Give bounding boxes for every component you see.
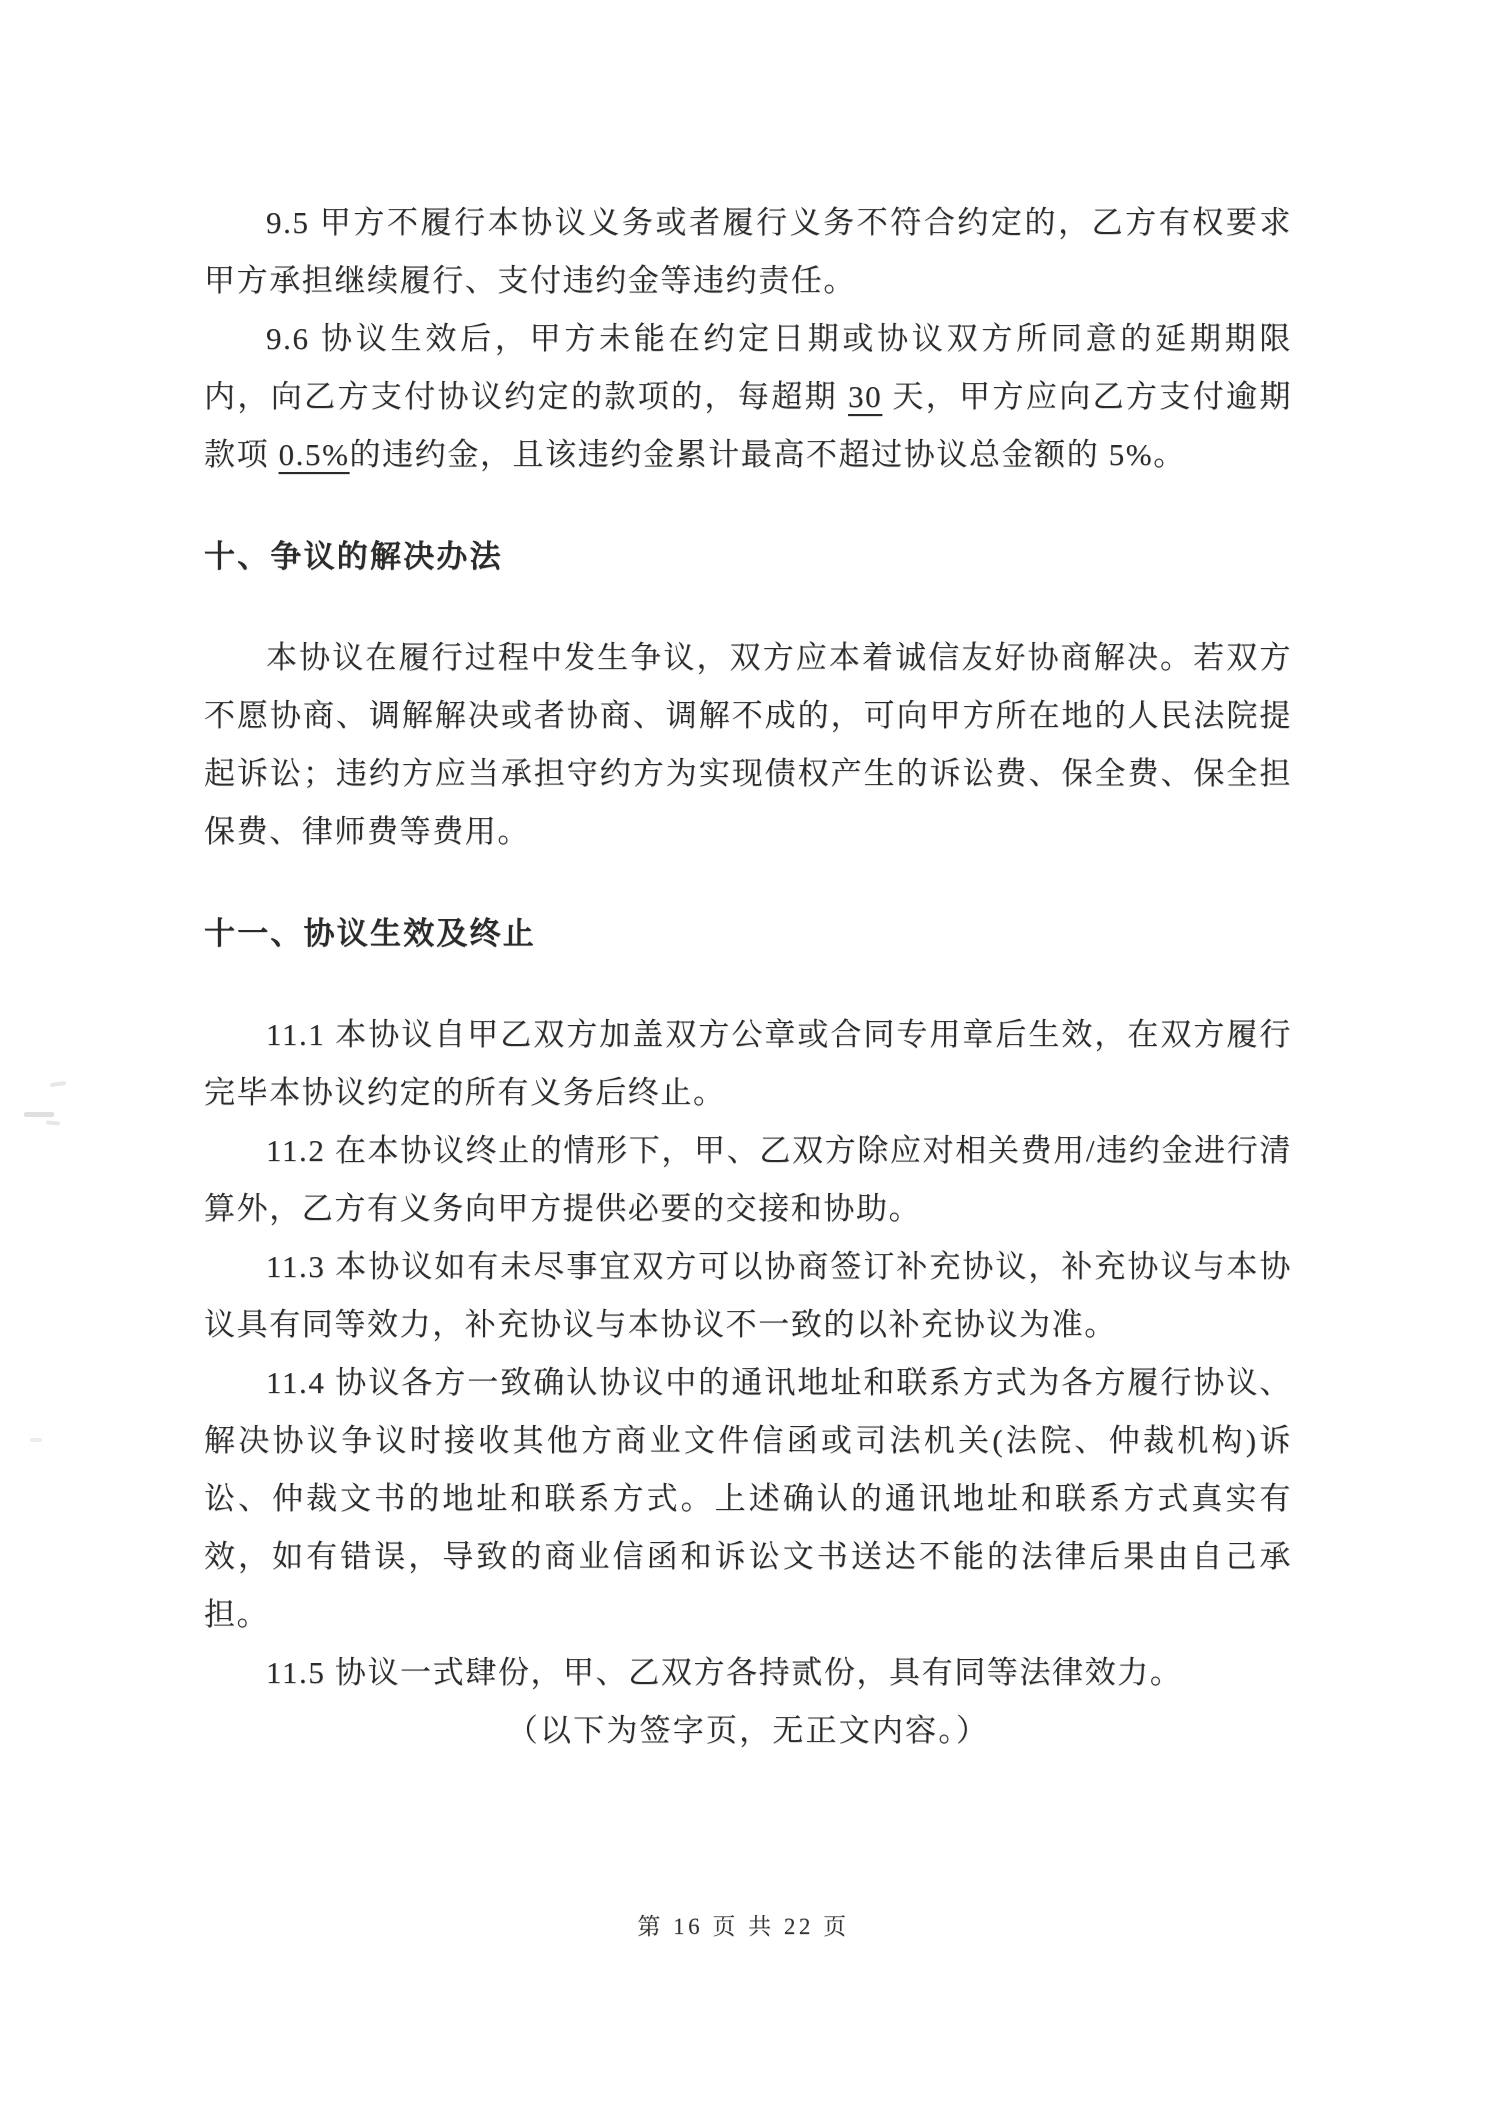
clause-11-4: 11.4 协议各方一致确认协议中的通讯地址和联系方式为各方履行协议、解决协议争议…: [204, 1354, 1292, 1644]
clause-9-6-overdue-days-value: 30: [848, 379, 882, 414]
clause-11-1: 11.1 本协议自甲乙双方加盖双方公章或合同专用章后生效，在双方履行完毕本协议约…: [204, 1006, 1292, 1122]
clause-9-6-penalty-rate-value: 0.5%: [279, 437, 350, 472]
clause-9-6: 9.6 协议生效后，甲方未能在约定日期或协议双方所同意的延期期限内，向乙方支付协…: [204, 310, 1292, 484]
clause-11-5: 11.5 协议一式肆份，甲、乙双方各持贰份，具有同等法律效力。: [204, 1644, 1292, 1702]
signature-page-note: （以下为签字页，无正文内容。）: [204, 1702, 1292, 1760]
clause-11-3: 11.3 本协议如有未尽事宜双方可以协商签订补充协议，补充协议与本协议具有同等效…: [204, 1238, 1292, 1354]
clause-9-5: 9.5 甲方不履行本协议义务或者履行义务不符合约定的，乙方有权要求甲方承担继续履…: [204, 194, 1292, 310]
scan-artifact: [46, 1120, 60, 1125]
contract-page: 9.5 甲方不履行本协议义务或者履行义务不符合约定的，乙方有权要求甲方承担继续履…: [0, 0, 1487, 2105]
clause-9-6-segment-3: 的违约金，且该违约金累计最高不超过协议总金额的 5%。: [350, 437, 1186, 472]
scan-artifact: [50, 1081, 66, 1087]
contract-content: 9.5 甲方不履行本协议义务或者履行义务不符合约定的，乙方有权要求甲方承担继续履…: [204, 194, 1292, 1760]
scan-artifact: [30, 1438, 42, 1442]
scan-artifact: [24, 1112, 54, 1117]
clause-11-2: 11.2 在本协议终止的情形下，甲、乙双方除应对相关费用/违约金进行清算外，乙方…: [204, 1122, 1292, 1238]
page-number-footer: 第 16 页 共 22 页: [0, 1908, 1487, 1941]
section-10-paragraph: 本协议在履行过程中发生争议，双方应本着诚信友好协商解决。若双方不愿协商、调解解决…: [204, 629, 1292, 861]
section-10-heading: 十、争议的解决办法: [204, 528, 1292, 586]
section-11-heading: 十一、协议生效及终止: [204, 905, 1292, 963]
